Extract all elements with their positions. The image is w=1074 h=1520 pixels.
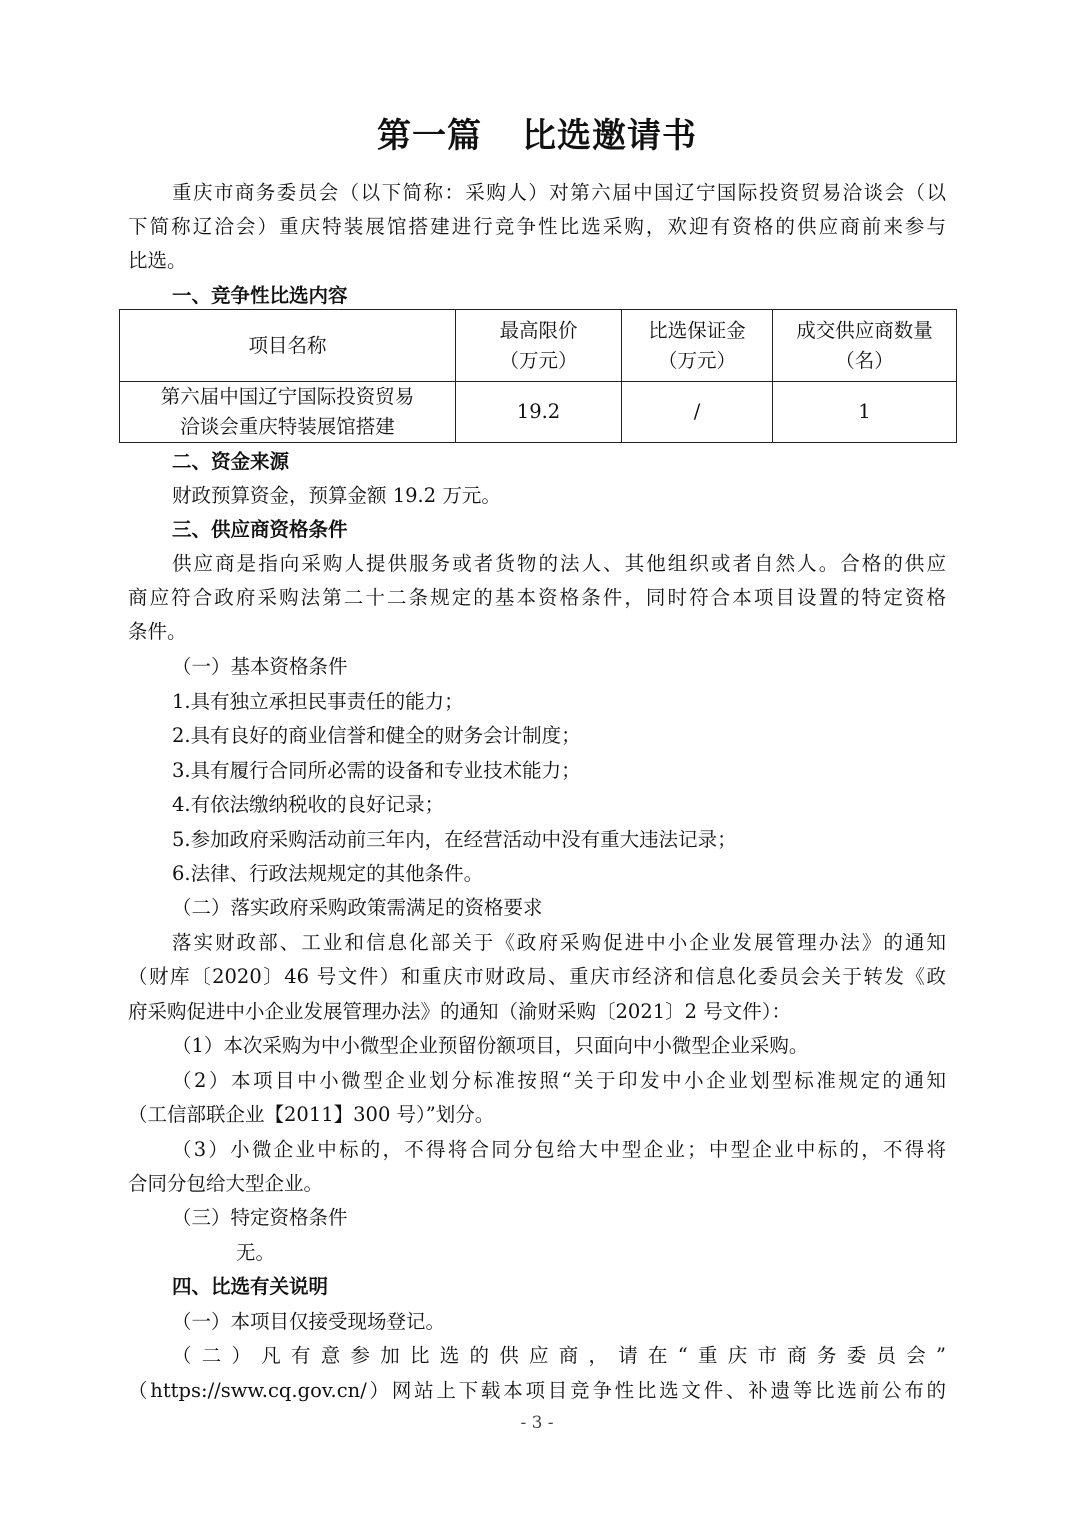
header-max-price: 最高限价（万元） (456, 310, 622, 382)
section3-heading: 三、供应商资格条件 (172, 513, 992, 547)
cell-project-name: 第六届中国辽宁国际投资贸易洽谈会重庆特装展馆搭建 (120, 382, 456, 443)
table-header-row: 项目名称 最高限价（万元） 比选保证金（万元） 成交供应商数量（名） (120, 310, 957, 382)
intro-line-2: 下简称辽洽会）重庆特装展馆搭建进行竞争性比选采购，欢迎有资格的供应商前来参与 (128, 210, 946, 244)
sub1-item-3: 3.具有履行合同所必需的设备和专业技术能力； (172, 754, 992, 788)
section4-item-1: （一）本项目仅接受现场登记。 (172, 1305, 992, 1339)
sub2-item-3-line-2: 合同分包给大型企业。 (128, 1167, 948, 1201)
section3-intro-1: 供应商是指向采购人提供服务或者货物的法人、其他组织或者自然人。合格的供应 (172, 547, 946, 581)
procurement-table: 项目名称 最高限价（万元） 比选保证金（万元） 成交供应商数量（名） 第六届中国… (119, 309, 957, 443)
header-project-name: 项目名称 (120, 310, 456, 382)
sub2-item-2-line-1: （2）本项目中小微型企业划分标准按照“关于印发中小企业划型标准规定的通知 (172, 1064, 946, 1098)
header-supplier-count: 成交供应商数量（名） (773, 310, 957, 382)
section1-heading: 一、竞争性比选内容 (172, 279, 992, 313)
sub3-heading: （三）特定资格条件 (172, 1201, 992, 1235)
page-number: - 3 - (0, 1413, 1074, 1433)
page-title: 第一篇比选邀请书 (0, 108, 1074, 157)
cell-deposit: / (622, 382, 773, 443)
section2-heading: 二、资金来源 (172, 445, 992, 479)
intro-line-3: 比选。 (128, 244, 948, 278)
sub1-item-6: 6.法律、行政法规规定的其他条件。 (172, 857, 992, 891)
sub2-para-2: （财库〔2020〕46 号文件）和重庆市财政局、重庆市经济和信息化委员会关于转发… (128, 960, 946, 994)
cell-max-price: 19.2 (456, 382, 622, 443)
sub1-item-1: 1.具有独立承担民事责任的能力； (172, 685, 992, 719)
intro-line-1: 重庆市商务委员会（以下简称：采购人）对第六届中国辽宁国际投资贸易洽谈会（以 (172, 176, 946, 210)
sub2-item-3-line-1: （3）小微企业中标的，不得将合同分包给大中型企业；中型企业中标的，不得将 (172, 1133, 946, 1167)
sub2-item-2-line-2: （工信部联企业【2011】300 号）”划分。 (128, 1098, 948, 1132)
sub2-item-1: （1）本次采购为中小微型企业预留份额项目，只面向中小微型企业采购。 (172, 1029, 992, 1063)
section3-intro-2: 商应符合政府采购法第二十二条规定的基本资格条件，同时符合本项目设置的特定资格 (128, 581, 946, 615)
title-part1: 第一篇 (377, 116, 482, 156)
section3-intro-3: 条件。 (128, 615, 948, 649)
table-row: 第六届中国辽宁国际投资贸易洽谈会重庆特装展馆搭建 19.2 / 1 (120, 382, 957, 443)
sub3-text: 无。 (236, 1236, 1056, 1270)
sub2-heading: （二）落实政府采购政策需满足的资格要求 (172, 891, 992, 925)
sub1-heading: （一）基本资格条件 (172, 650, 992, 684)
sub1-item-5: 5.参加政府采购活动前三年内，在经营活动中没有重大违法记录； (172, 823, 992, 857)
section4-item-2-line-2: （https://sww.cq.gov.cn/）网站上下载本项目竞争性比选文件、… (128, 1374, 946, 1408)
section4-item-2-line-1: （二）凡有意参加比选的供应商，请在“重庆市商务委员会” (172, 1339, 946, 1373)
sub1-item-4: 4.有依法缴纳税收的良好记录； (172, 788, 992, 822)
title-part2: 比选邀请书 (522, 116, 697, 156)
cell-supplier-count: 1 (773, 382, 957, 443)
header-deposit: 比选保证金（万元） (622, 310, 773, 382)
sub2-para-1: 落实财政部、工业和信息化部关于《政府采购促进中小企业发展管理办法》的通知 (172, 926, 946, 960)
section4-heading: 四、比选有关说明 (172, 1270, 992, 1304)
sub1-item-2: 2.具有良好的商业信誉和健全的财务会计制度； (172, 719, 992, 753)
section2-text: 财政预算资金，预算金额 19.2 万元。 (172, 479, 992, 513)
document-page: 第一篇比选邀请书 重庆市商务委员会（以下简称：采购人）对第六届中国辽宁国际投资贸… (0, 0, 1074, 1520)
sub2-para-3: 府采购促进中小企业发展管理办法》的通知（渝财采购〔2021〕2 号文件）： (128, 995, 948, 1029)
